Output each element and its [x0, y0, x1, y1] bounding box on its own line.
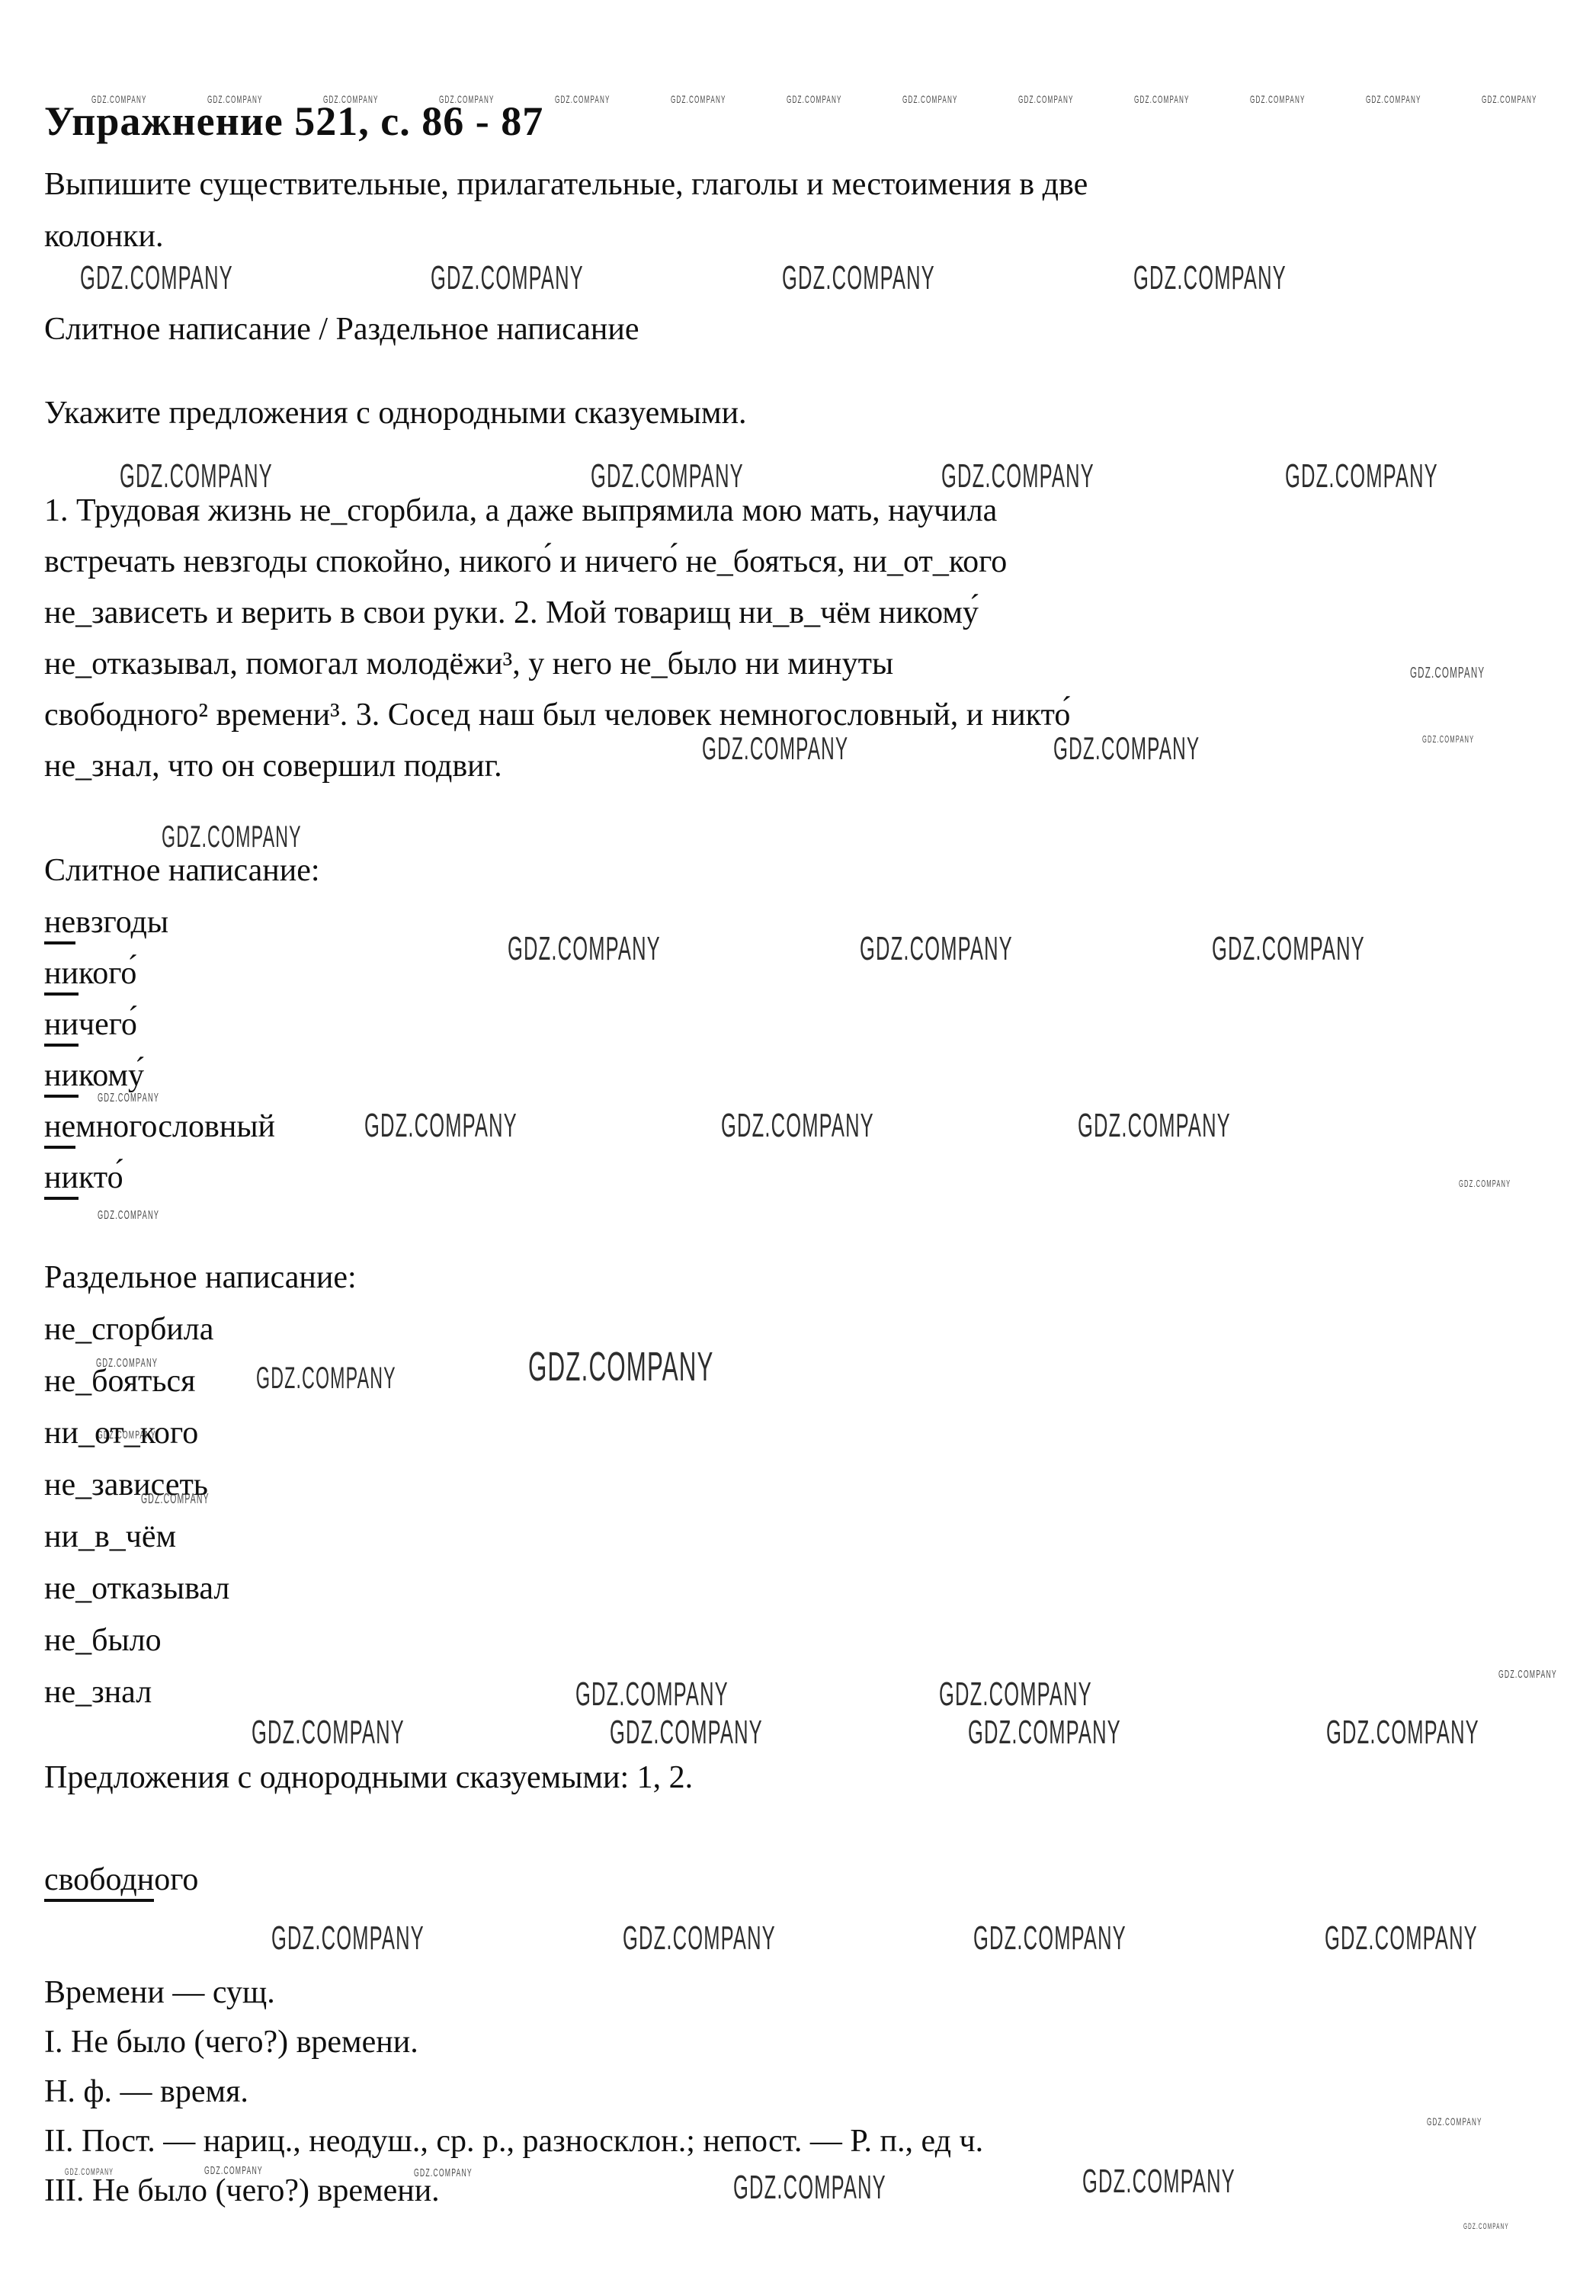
underlined-prefix: ни [44, 957, 79, 996]
gdz-watermark: GDZ.COMPANY [508, 930, 661, 968]
word-rest: кто́ [79, 1160, 123, 1195]
gdz-watermark: GDZ.COMPANY [98, 1209, 159, 1223]
gdz-watermark: GDZ.COMPANY [787, 93, 842, 105]
list-item: не_сгорбила [44, 1311, 213, 1348]
page-title: Упражнение 521, с. 86 - 87 [44, 98, 543, 145]
list-item: никто́ [44, 1159, 123, 1200]
gdz-watermark: GDZ.COMPANY [1422, 733, 1474, 745]
list-item: ни_в_чём [44, 1518, 176, 1555]
morphology-line: Н. ф. — время. [44, 2073, 248, 2110]
document-page: GDZ.COMPANYGDZ.COMPANYGDZ.COMPANYGDZ.COM… [0, 0, 1596, 2296]
list-item: не_знал [44, 1674, 152, 1711]
exercise-line: не_зависеть и верить в свои руки. 2. Мой… [44, 595, 979, 631]
gdz-watermark: GDZ.COMPANY [939, 1676, 1092, 1714]
gdz-watermark: GDZ.COMPANY [968, 1714, 1121, 1752]
word-ending: ого [154, 1862, 198, 1897]
list-item: ничего́ [44, 1006, 137, 1047]
gdz-watermark: GDZ.COMPANY [702, 730, 848, 767]
gdz-watermark: GDZ.COMPANY [528, 1343, 714, 1390]
task-intro-line-1: Выпишите существительные, прилагательные… [44, 166, 1088, 203]
list-item: не_было [44, 1622, 162, 1659]
list-item: немногословный [44, 1108, 275, 1149]
gdz-watermark: GDZ.COMPANY [364, 1107, 518, 1145]
word-rest: взгоды [75, 905, 168, 940]
gdz-watermark: GDZ.COMPANY [1326, 1714, 1479, 1752]
gdz-watermark: GDZ.COMPANY [1325, 1919, 1478, 1958]
word-rest: кому́ [79, 1058, 144, 1093]
exercise-line: не_отказывал, помогал молодёжи³, у него … [44, 646, 893, 682]
word-rest: многословный [75, 1109, 275, 1144]
gdz-watermark: GDZ.COMPANY [1212, 930, 1365, 968]
task-intro-line-2: колонки. [44, 218, 164, 255]
list-item: ни_от_кого [44, 1415, 198, 1451]
list-item: никому́ [44, 1057, 144, 1098]
word-rest: чего́ [79, 1007, 137, 1042]
slitnoe-heading: Слитное написание: [44, 852, 320, 889]
gdz-watermark: GDZ.COMPANY [671, 93, 726, 105]
list-item: невзгоды [44, 904, 168, 944]
analyzed-word: свободного [44, 1861, 198, 1902]
gdz-watermark: GDZ.COMPANY [721, 1107, 874, 1145]
list-item: никого́ [44, 955, 136, 996]
gdz-watermark: GDZ.COMPANY [1018, 93, 1074, 105]
gdz-watermark: GDZ.COMPANY [1410, 665, 1485, 682]
gdz-watermark: GDZ.COMPANY [252, 1714, 405, 1752]
gdz-watermark: GDZ.COMPANY [733, 2169, 886, 2207]
gdz-watermark: GDZ.COMPANY [1285, 457, 1438, 495]
gdz-watermark: GDZ.COMPANY [555, 93, 611, 105]
conclusion-line: Предложения с однородными сказуемыми: 1,… [44, 1759, 693, 1796]
morphology-line: I. Не было (чего?) времени. [44, 2024, 418, 2060]
list-item: не_отказывал [44, 1570, 229, 1607]
gdz-watermark: GDZ.COMPANY [1459, 1178, 1511, 1189]
gdz-watermark: GDZ.COMPANY [860, 930, 1013, 968]
gdz-watermark: GDZ.COMPANY [1082, 2163, 1235, 2201]
razdelnoe-heading: Раздельное написание: [44, 1259, 357, 1296]
gdz-watermark: GDZ.COMPANY [271, 1919, 425, 1958]
columns-subtitle: Слитное написание / Раздельное написание [44, 311, 639, 348]
gdz-watermark: GDZ.COMPANY [591, 457, 744, 495]
gdz-watermark: GDZ.COMPANY [1078, 1107, 1231, 1145]
gdz-watermark: GDZ.COMPANY [1463, 2222, 1509, 2231]
gdz-watermark: GDZ.COMPANY [941, 457, 1094, 495]
exercise-line: 1. Трудовая жизнь не_сгорбила, а даже вы… [44, 492, 997, 529]
morphology-line: III. Не было (чего?) времени. [44, 2173, 440, 2209]
list-item: не_зависеть [44, 1467, 208, 1503]
gdz-watermark: GDZ.COMPANY [1053, 730, 1200, 767]
underlined-prefix: ни [44, 1162, 79, 1200]
gdz-watermark: GDZ.COMPANY [1134, 93, 1190, 105]
underlined-prefix: ни [44, 1009, 79, 1047]
gdz-watermark: GDZ.COMPANY [1498, 1668, 1557, 1681]
morphology-line: Времени — сущ. [44, 1974, 275, 2011]
second-task: Укажите предложения с однородными сказуе… [44, 395, 747, 431]
gdz-watermark: GDZ.COMPANY [80, 259, 233, 297]
gdz-watermark: GDZ.COMPANY [973, 1919, 1126, 1958]
gdz-watermark: GDZ.COMPANY [1482, 93, 1537, 105]
exercise-line: не_знал, что он совершил подвиг. [44, 748, 502, 784]
exercise-line: встречать невзгоды спокойно, никого́ и н… [44, 544, 1007, 580]
underlined-stem: свободн [44, 1864, 154, 1902]
gdz-watermark: GDZ.COMPANY [162, 820, 302, 855]
gdz-watermark: GDZ.COMPANY [256, 1361, 396, 1396]
gdz-watermark: GDZ.COMPANY [610, 1714, 763, 1752]
gdz-watermark: GDZ.COMPANY [902, 93, 958, 105]
gdz-watermark: GDZ.COMPANY [782, 259, 935, 297]
gdz-watermark: GDZ.COMPANY [575, 1676, 729, 1714]
list-item: не_бояться [44, 1363, 195, 1400]
morphology-line: II. Пост. — нариц., неодуш., ср. р., раз… [44, 2123, 983, 2160]
underlined-prefix: не [44, 1111, 75, 1149]
underlined-prefix: ни [44, 1060, 79, 1098]
gdz-watermark: GDZ.COMPANY [1133, 259, 1287, 297]
underlined-prefix: не [44, 906, 75, 944]
exercise-line: свободного² времени³. 3. Сосед наш был ч… [44, 697, 1070, 733]
gdz-watermark: GDZ.COMPANY [431, 259, 584, 297]
gdz-watermark: GDZ.COMPANY [1250, 93, 1306, 105]
gdz-watermark: GDZ.COMPANY [120, 457, 273, 495]
word-rest: кого́ [79, 956, 136, 991]
gdz-watermark: GDZ.COMPANY [1427, 2115, 1482, 2128]
gdz-watermark: GDZ.COMPANY [1366, 93, 1421, 105]
gdz-watermark: GDZ.COMPANY [623, 1919, 776, 1958]
